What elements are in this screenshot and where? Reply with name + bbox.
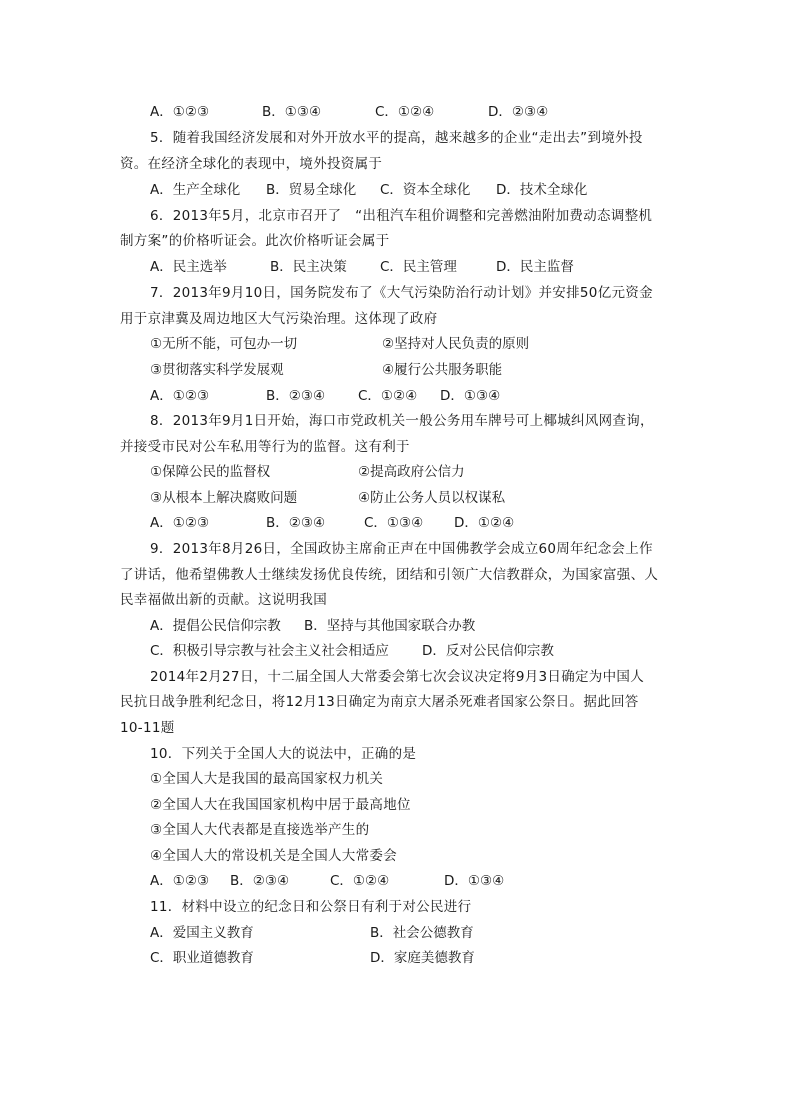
option-d: D．①③④ <box>444 873 504 889</box>
option-c: C．①②④ <box>330 873 389 889</box>
option-a: A．①②③ <box>150 873 209 889</box>
option-b: B．②③④ <box>266 515 325 531</box>
option-d: D．反对公民信仰宗教 <box>422 643 554 659</box>
option-a: A．生产全球化 <box>150 182 240 198</box>
option-d: D．家庭美德教育 <box>370 950 475 966</box>
option-d: D．民主监督 <box>496 259 574 275</box>
question-stem-cont: 资。在经济全球化的表现中，境外投资属于 <box>120 156 382 172</box>
question-stem-cont: 用于京津冀及周边地区大气污染治理。这体现了政府 <box>120 311 437 327</box>
question-stem-cont: 并接受市民对公车私用等行为的监督。这有利于 <box>120 439 410 455</box>
option-a: A．民主选举 <box>150 259 227 275</box>
option-c: C．职业道德教育 <box>150 950 254 966</box>
material-text: 2014年2月27日，十二届全国人大常委会第七次会议决定将9月3日确定为中国人 <box>150 669 644 685</box>
option-c: C．①③④ <box>364 515 423 531</box>
option-d: D．技术全球化 <box>496 182 587 198</box>
option-b: B．民主决策 <box>270 259 347 275</box>
question-stem-cont: 民幸福做出新的贡献。这说明我国 <box>120 592 327 608</box>
option-b: B．②③④ <box>230 873 289 889</box>
statement-1: ①保障公民的监督权 <box>150 464 270 480</box>
material-text: 10-11题 <box>120 720 175 736</box>
statement-1: ①无所不能，可包办一切 <box>150 336 297 352</box>
material-text: 民抗日战争胜利纪念日，将12月13日确定为南京大屠杀死难者国家公祭日。据此回答 <box>120 694 639 710</box>
question-stem: 10．下列关于全国人大的说法中，正确的是 <box>150 746 416 762</box>
question-stem: 8．2013年9月1日开始，海口市党政机关一般公务用车牌号可上椰城纠风网查询， <box>150 413 654 429</box>
statement-1: ①全国人大是我国的最高国家权力机关 <box>150 771 383 787</box>
option-a: A．①②③ <box>150 515 209 531</box>
statement-4: ④履行公共服务职能 <box>382 362 502 378</box>
question-stem: 7．2013年9月10日，国务院发布了《大气污染防治行动计划》并安排50亿元资金 <box>150 285 653 301</box>
statement-4: ④全国人大的常设机关是全国人大常委会 <box>150 848 397 864</box>
statement-2: ②坚持对人民负责的原则 <box>382 336 529 352</box>
option-c: C．①②④ <box>375 104 434 120</box>
question-stem: 6．2013年5月，北京市召开了 “出租汽车租价调整和完善燃油附加费动态调整机 <box>150 208 652 224</box>
option-d: D．①②④ <box>454 515 514 531</box>
option-b: B．社会公德教育 <box>370 925 474 941</box>
statement-2: ②提高政府公信力 <box>358 464 465 480</box>
option-c: C．资本全球化 <box>380 182 470 198</box>
question-stem-cont: 了讲话，他希望佛教人士继续发扬优良传统，团结和引领广大信教群众，为国家富强、人 <box>120 567 658 583</box>
question-stem: 5．随着我国经济发展和对外开放水平的提高，越来越多的企业“走出去”到境外投 <box>150 130 643 146</box>
option-c: C．积极引导宗教与社会主义社会相适应 <box>150 643 389 659</box>
statement-3: ③全国人大代表都是直接选举产生的 <box>150 822 369 838</box>
question-stem: 9．2013年8月26日，全国政协主席俞正声在中国佛教学会成立60周年纪念会上作 <box>150 541 653 557</box>
option-b: B．贸易全球化 <box>266 182 356 198</box>
option-a: A．①②③ <box>150 104 209 120</box>
option-c: C．民主管理 <box>380 259 457 275</box>
option-b: B．坚持与其他国家联合办教 <box>304 618 475 634</box>
option-a: A．提倡公民信仰宗教 <box>150 618 281 634</box>
option-d: D．①③④ <box>440 388 500 404</box>
statement-3: ③贯彻落实科学发展观 <box>150 362 284 378</box>
statement-3: ③从根本上解决腐败问题 <box>150 490 297 506</box>
option-b: B．①③④ <box>262 104 321 120</box>
option-c: C．①②④ <box>358 388 417 404</box>
option-b: B．②③④ <box>266 388 325 404</box>
question-stem-cont: 制方案”的价格听证会。此次价格听证会属于 <box>120 233 390 249</box>
option-d: D．②③④ <box>488 104 548 120</box>
statement-4: ④防止公务人员以权谋私 <box>358 490 505 506</box>
option-a: A．爱国主义教育 <box>150 925 254 941</box>
exam-page: A．①②③ B．①③④ C．①②④ D．②③④ 5．随着我国经济发展和对外开放水… <box>0 0 790 1119</box>
statement-2: ②全国人大在我国国家机构中居于最高地位 <box>150 797 411 813</box>
question-stem: 11．材料中设立的纪念日和公祭日有利于对公民进行 <box>150 899 471 915</box>
option-a: A．①②③ <box>150 388 209 404</box>
